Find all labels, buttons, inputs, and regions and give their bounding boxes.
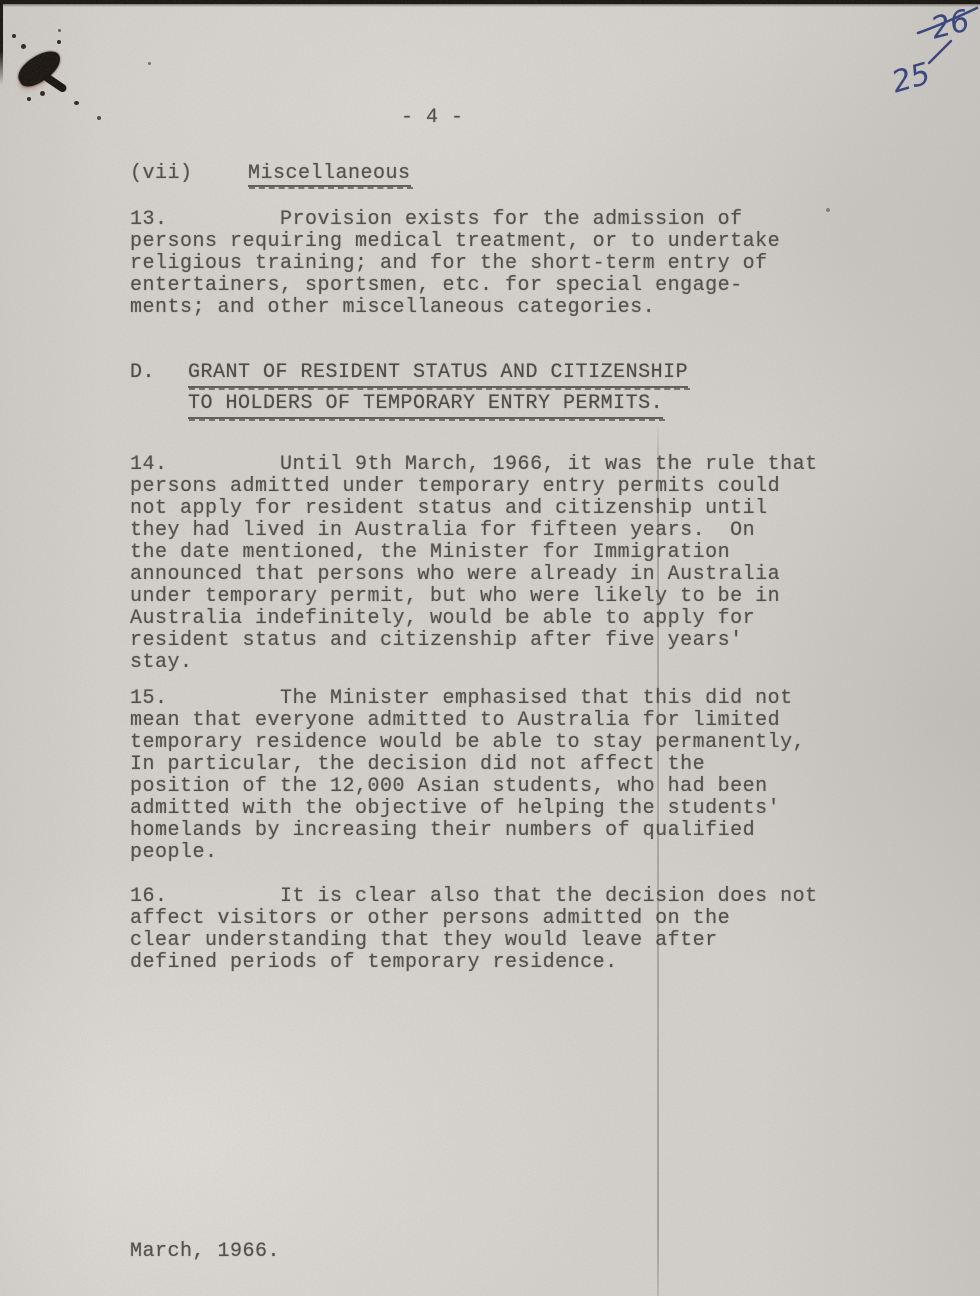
typed-page-number: - 4 - (401, 107, 464, 129)
ink-speck (40, 91, 45, 96)
scan-edge-top-shadow (0, 4, 980, 7)
ink-speck (148, 62, 151, 65)
strike-through-line (918, 8, 977, 33)
ink-speck (27, 97, 31, 101)
paragraph-15: 15. The Minister emphasised that this di… (130, 688, 805, 864)
handwritten-annotations: 26 25 (855, 0, 980, 115)
ink-blot-tail (42, 72, 68, 93)
paper-speck (826, 208, 830, 212)
ink-speck (97, 116, 101, 120)
section-d-label: D. (130, 359, 188, 386)
ink-speck (58, 29, 61, 32)
paragraph-16: 16. It is clear also that the decision d… (130, 886, 818, 974)
section-vii-heading-row: (vii) Miscellaneous (130, 163, 411, 187)
document-date: March, 1966. (130, 1241, 280, 1263)
section-d-heading: GRANT OF RESIDENT STATUS AND CITIZENSHIP… (188, 359, 688, 419)
paragraph-14: 14. Until 9th March, 1966, it was the ru… (130, 454, 818, 674)
handwritten-page-number: 25 (888, 56, 934, 100)
scan-edge-left (0, 0, 3, 85)
pen-flick-stroke (929, 41, 951, 63)
paragraph-13: 13. Provision exists for the admission o… (130, 209, 780, 319)
section-vii-label: (vii) (130, 163, 248, 185)
section-d-heading-row: D. GRANT OF RESIDENT STATUS AND CITIZENS… (130, 359, 688, 419)
ink-speck (12, 34, 16, 38)
ink-speck (74, 101, 79, 105)
section-d-heading-line-2: TO HOLDERS OF TEMPORARY ENTRY PERMITS. (188, 390, 663, 419)
document-page: 26 25 - 4 - (vii) Miscellaneous 13. Prov… (0, 0, 980, 1296)
section-vii-heading: Miscellaneous (248, 163, 411, 187)
handwritten-crossed-out-number: 26 (928, 3, 974, 46)
ink-speck (57, 40, 61, 44)
ink-speck (21, 44, 26, 49)
section-d-heading-line-1: GRANT OF RESIDENT STATUS AND CITIZENSHIP (188, 359, 688, 388)
